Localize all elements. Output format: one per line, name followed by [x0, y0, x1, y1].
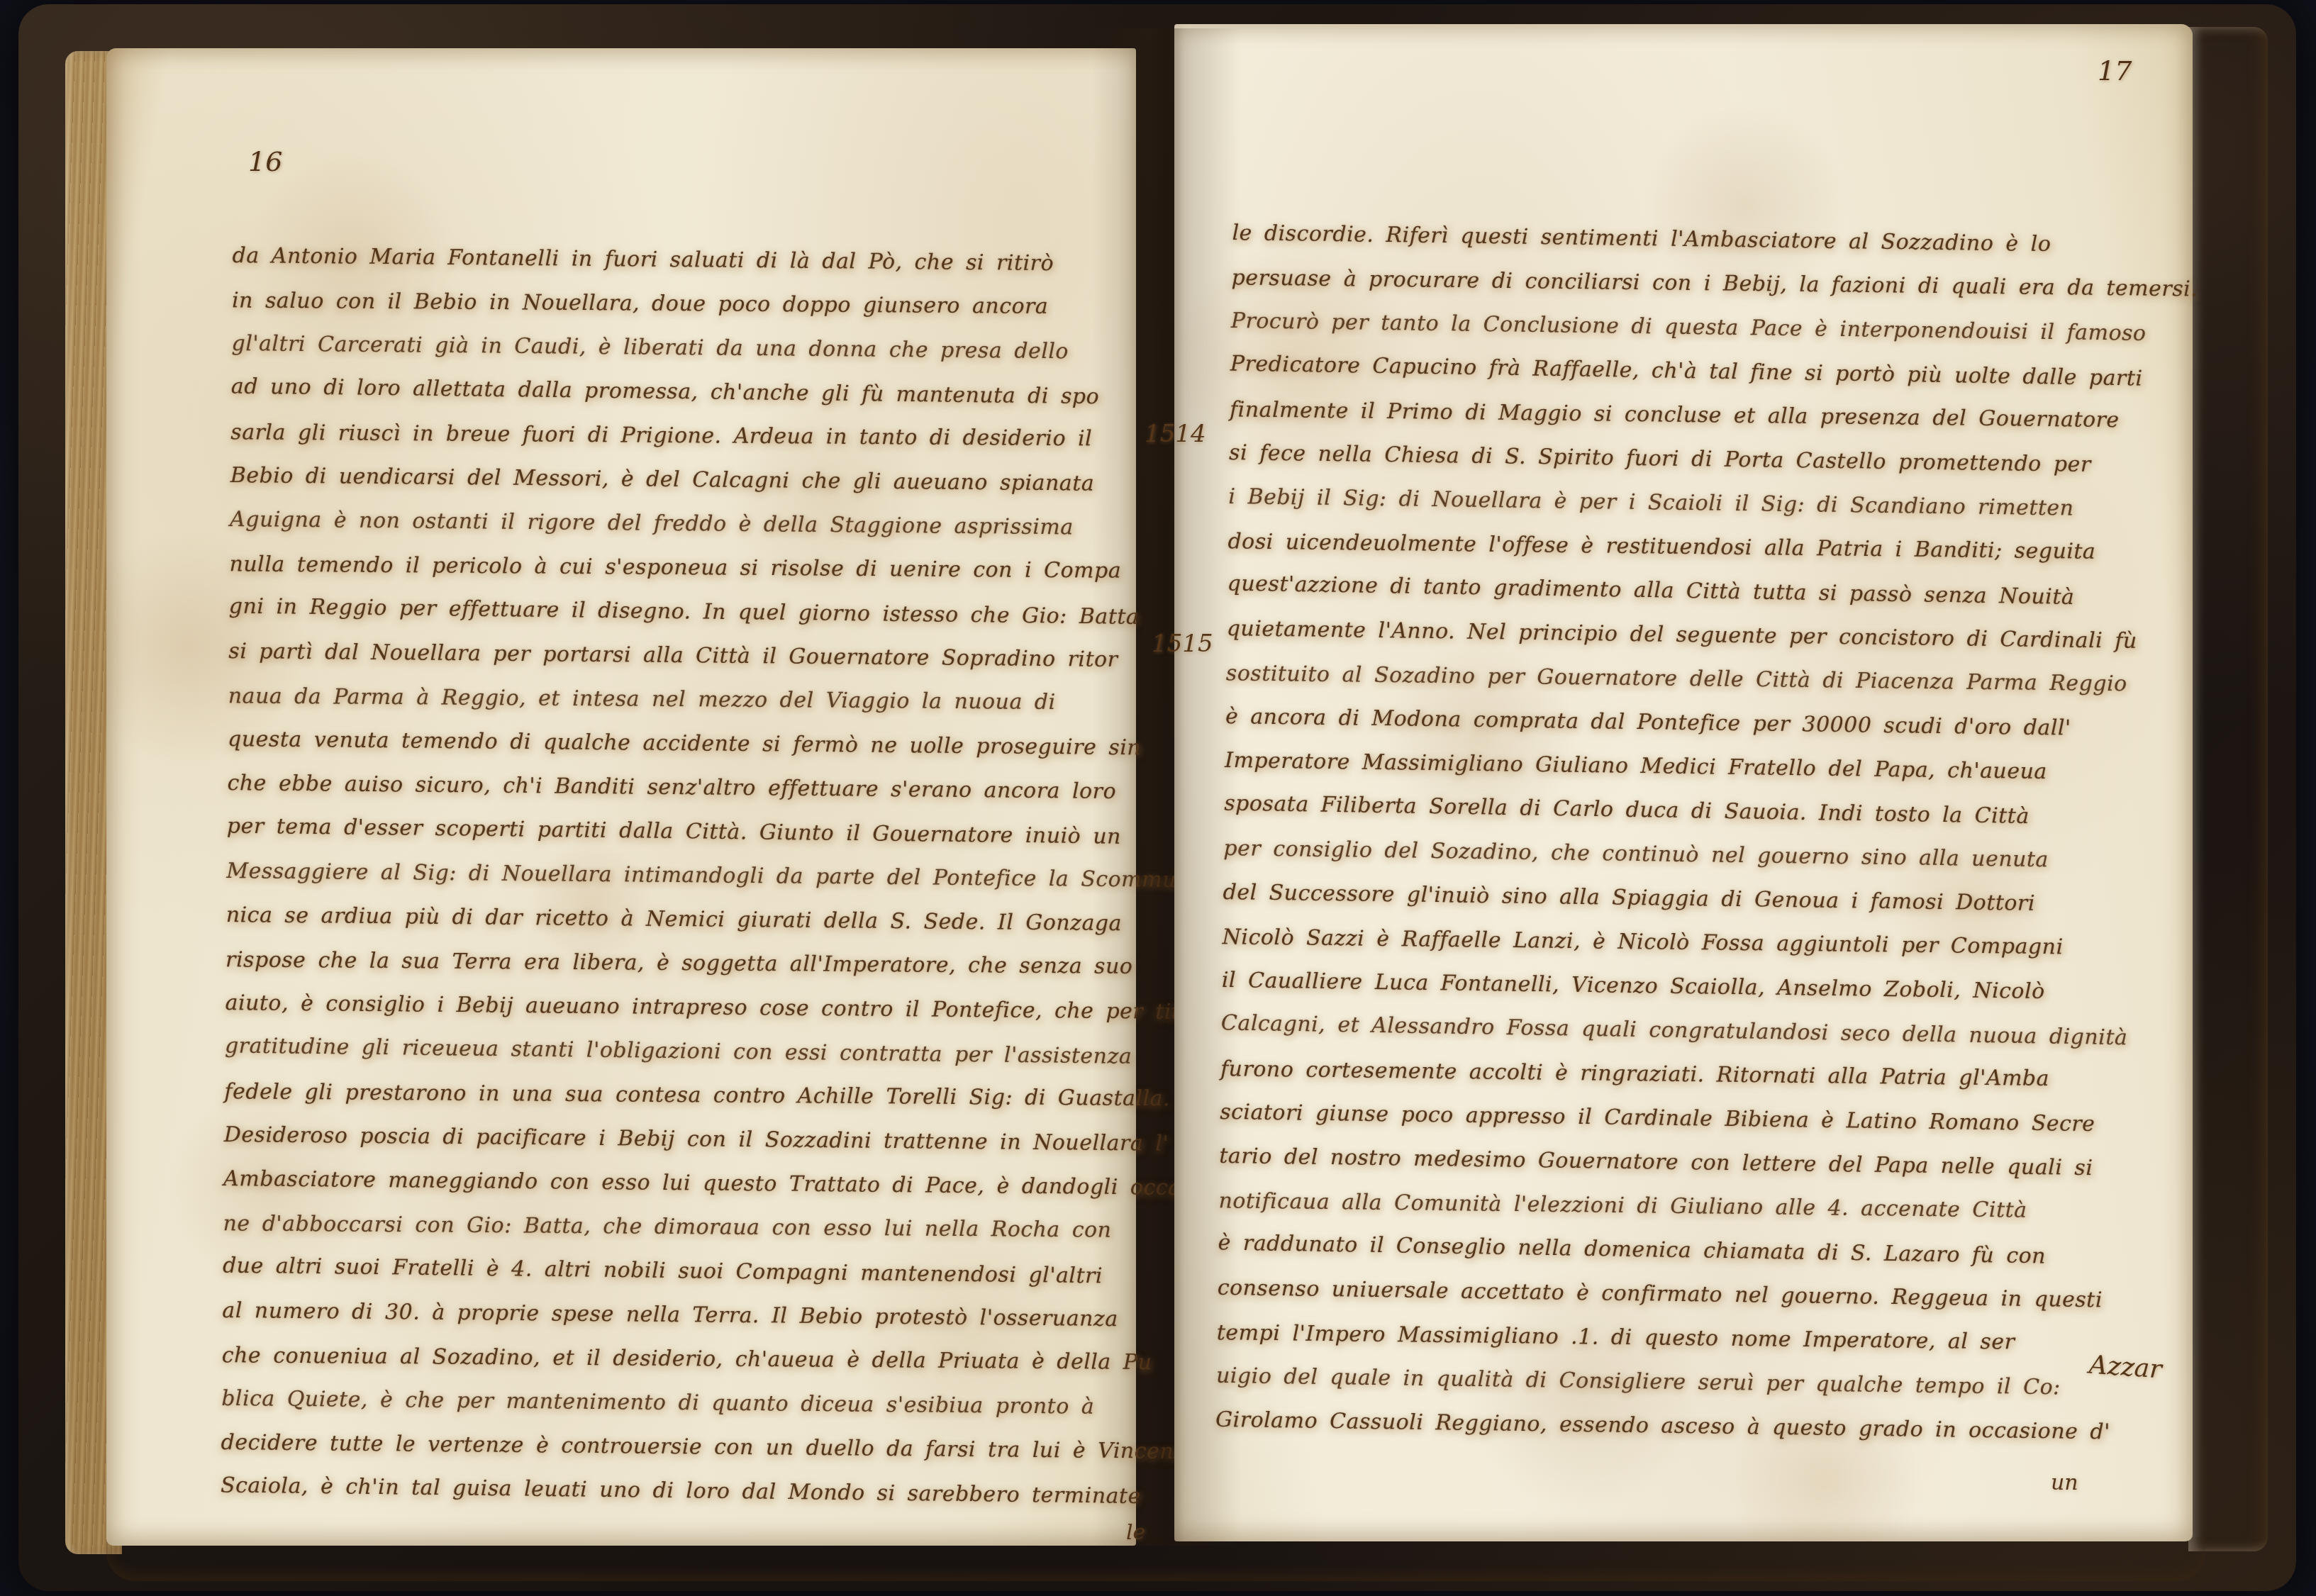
manuscript-line: Aguigna è non ostanti il rigore del fred…	[230, 498, 1117, 550]
manuscript-line: fedele gli prestarono in una sua contesa…	[224, 1070, 1110, 1120]
left-page-text: da Antonio Maria Fontanelli in fuori sal…	[221, 234, 1119, 1517]
margin-year-1514: 1514	[1145, 420, 1206, 448]
manuscript-photo: 16 da Antonio Maria Fontanelli in fuori …	[0, 0, 2316, 1596]
manuscript-line: che conueniua al Sozadino, et il desider…	[222, 1334, 1108, 1384]
right-page-fore-edge	[2188, 27, 2268, 1551]
manuscript-line: Ambasciatore maneggiando con esso lui qu…	[223, 1157, 1110, 1210]
manuscript-line: in saluo con il Bebio in Nouellara, doue…	[232, 279, 1118, 329]
left-page: 16 da Antonio Maria Fontanelli in fuori …	[106, 48, 1136, 1546]
left-page-number: 16	[248, 146, 282, 177]
manuscript-line: sarla gli riuscì in breue fuori di Prigi…	[230, 411, 1117, 461]
right-page: le discordie. Riferì questi sentimenti l…	[1174, 24, 2193, 1541]
manuscript-line: da Antonio Maria Fontanelli in fuori sal…	[232, 234, 1119, 286]
manuscript-line: nica se ardiua più di dar ricetto à Nemi…	[226, 893, 1113, 946]
right-page-catchword: un	[2051, 1471, 2078, 1495]
manuscript-line: rispose che la sua Terra era libera, è s…	[226, 938, 1112, 988]
margin-side-note: Azzar	[2088, 1350, 2163, 1384]
manuscript-line: Messaggiere al Sig: di Nouellara intiman…	[226, 849, 1113, 902]
right-page-text: le discordie. Riferì questi sentimenti l…	[1215, 211, 2126, 1454]
manuscript-line: naua da Parma à Reggio, et intesa nel me…	[228, 674, 1115, 725]
right-page-number: 17	[2098, 55, 2132, 87]
margin-year-1515: 1515	[1152, 630, 1213, 658]
manuscript-line: blica Quiete, è che per mantenimento di …	[221, 1377, 1108, 1429]
book-gutter-shadow	[1092, 28, 1241, 1546]
